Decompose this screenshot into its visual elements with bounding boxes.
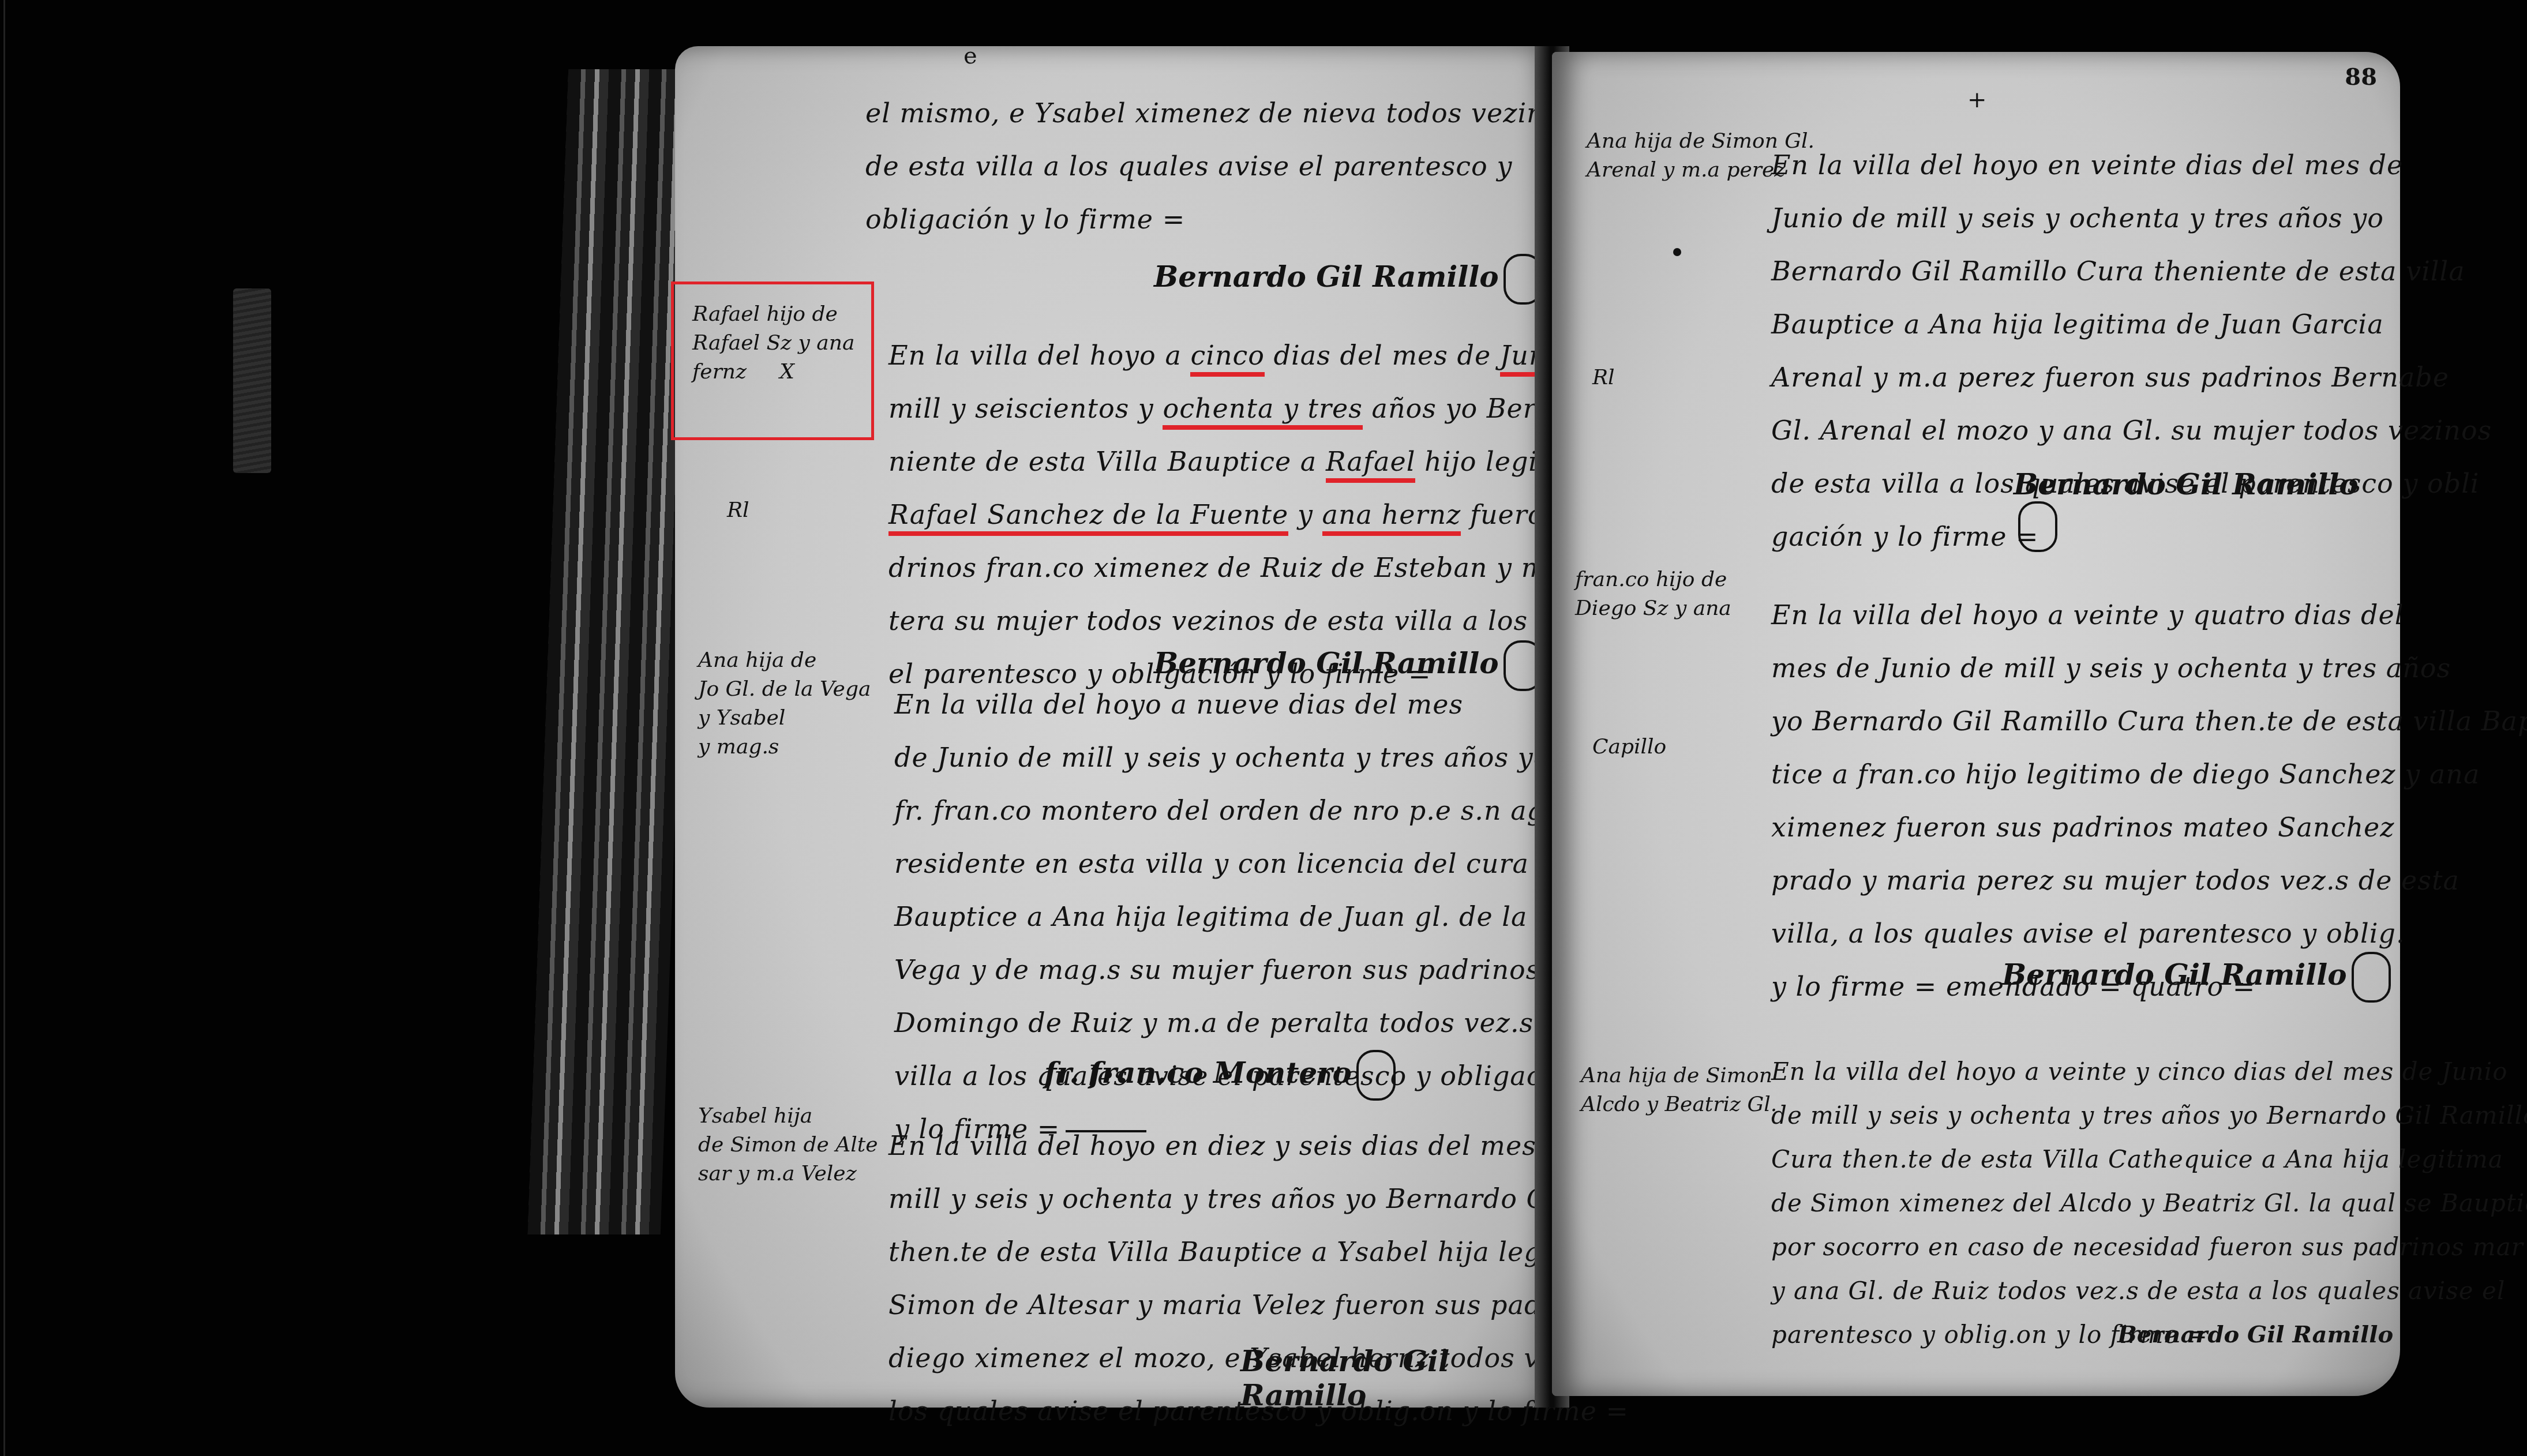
page-mark-right: + <box>1967 87 1987 113</box>
margin-note-francisco: fran.co hijo de Diego Sz y ana <box>1575 565 1731 623</box>
ink-dot <box>1673 248 1681 256</box>
text-line: y ana Gl. de Ruiz todos vez.s de esta a … <box>1771 1269 2527 1313</box>
text-line: Junio de mill y seis y ochenta y tres añ… <box>1771 192 2492 245</box>
text-line: de Simon ximenez del Alcdo y Beatriz Gl.… <box>1771 1181 2527 1225</box>
text-line: Cura then.te de esta Villa Cathequice a … <box>1771 1138 2527 1181</box>
signature: Bernardo Gil Ramillo <box>2117 1321 2393 1348</box>
margin-note-ysabel: Ysabel hija de Simon de Alte sar y m.a V… <box>698 1102 878 1188</box>
text-line: Vega y de mag.s su mujer fueron sus padr… <box>894 943 1644 996</box>
text-line: En la villa del hoyo a veinte y quatro d… <box>1771 588 2527 641</box>
text-line: de Junio de mill y seis y ochenta y tres… <box>894 731 1644 784</box>
text-line: ximenez fueron sus padrinos mateo Sanche… <box>1771 801 2527 854</box>
signature: Bernardo Gil Ramillo <box>2014 467 2400 552</box>
margin-tag: Rl <box>727 496 749 525</box>
text-line: En la villa del hoyo a nueve dias del me… <box>894 678 1644 731</box>
text-line: En la villa del hoyo a veinte y cinco di… <box>1771 1050 2527 1094</box>
text-line: por socorro en caso de necesidad fueron … <box>1771 1225 2527 1269</box>
film-edge <box>3 0 5 1456</box>
text-line: Arenal y m.a perez fueron sus padrinos B… <box>1771 351 2492 404</box>
margin-note-ana-alcdo: Ana hija de Simon Alcdo y Beatriz Gl. <box>1581 1061 1777 1119</box>
text-line: Bauptice a Ana hija legitima de Juan Gar… <box>1771 298 2492 351</box>
baptism-entry-francisco: En la villa del hoyo a veinte y quatro d… <box>1771 588 2527 1013</box>
signature-flourish-icon <box>1356 1050 1396 1101</box>
continuation-entry: el mismo, e Ysabel ximenez de nieva todo… <box>865 87 1575 246</box>
text-line: de esta villa a los quales avise el pare… <box>865 140 1575 193</box>
text-line: el mismo, e Ysabel ximenez de nieva todo… <box>865 87 1575 140</box>
signature-flourish-icon <box>2352 952 2391 1003</box>
text-line: yo Bernardo Gil Ramillo Cura then.te de … <box>1771 695 2527 748</box>
text-line: Gl. Arenal el mozo y ana Gl. su mujer to… <box>1771 404 2492 457</box>
text-line: En la villa del hoyo en veinte dias del … <box>1771 138 2492 192</box>
text-line: prado y maria perez su mujer todos vez.s… <box>1771 854 2527 907</box>
signature: Bernardo Gil Ramillo <box>1154 254 1543 305</box>
highlight-box-margin-note <box>671 282 874 440</box>
signature: Bernardo Gil Ramillo <box>2002 952 2391 1003</box>
folio-number: 88 <box>2345 63 2377 91</box>
microfilm-scan: e el mismo, e Ysabel ximenez de nieva to… <box>0 0 2527 1456</box>
text-line: fr. fran.co montero del orden de nro p.e… <box>894 784 1644 837</box>
text-line: obligación y lo firme = <box>865 193 1575 246</box>
text-line: de mill y seis y ochenta y tres años yo … <box>1771 1094 2527 1138</box>
page-mark-left: e <box>963 43 977 69</box>
signature-flourish-icon <box>2018 501 2057 552</box>
margin-tag: Capillo <box>1592 733 1666 761</box>
text-line: mes de Junio de mill y seis y ochenta y … <box>1771 641 2527 695</box>
text-line: residente en esta villa y con licencia d… <box>894 837 1644 890</box>
margin-tag: Rl <box>1592 363 1615 392</box>
signature: fr. fran.co Montero <box>1044 1050 1396 1101</box>
text-line: Bauptice a Ana hija legitima de Juan gl.… <box>894 890 1644 943</box>
text-line: Bernardo Gil Ramillo Cura theniente de e… <box>1771 245 2492 298</box>
right-page: 88 + Ana hija de Simon Gl. Arenal y m.a … <box>1552 52 2400 1396</box>
margin-note-ana: Ana hija de Jo Gl. de la Vega y Ysabel y… <box>698 646 871 761</box>
signature: Bernardo Gil Ramillo <box>1240 1344 1558 1412</box>
text-line: tice a fran.co hijo legitimo de diego Sa… <box>1771 748 2527 801</box>
left-page: e el mismo, e Ysabel ximenez de nieva to… <box>675 46 1558 1408</box>
binding-strap <box>233 288 271 473</box>
text-line: Domingo de Ruiz y m.a de peralta todos v… <box>894 996 1644 1049</box>
baptism-entry-ana-alcdo: En la villa del hoyo a veinte y cinco di… <box>1771 1050 2527 1357</box>
